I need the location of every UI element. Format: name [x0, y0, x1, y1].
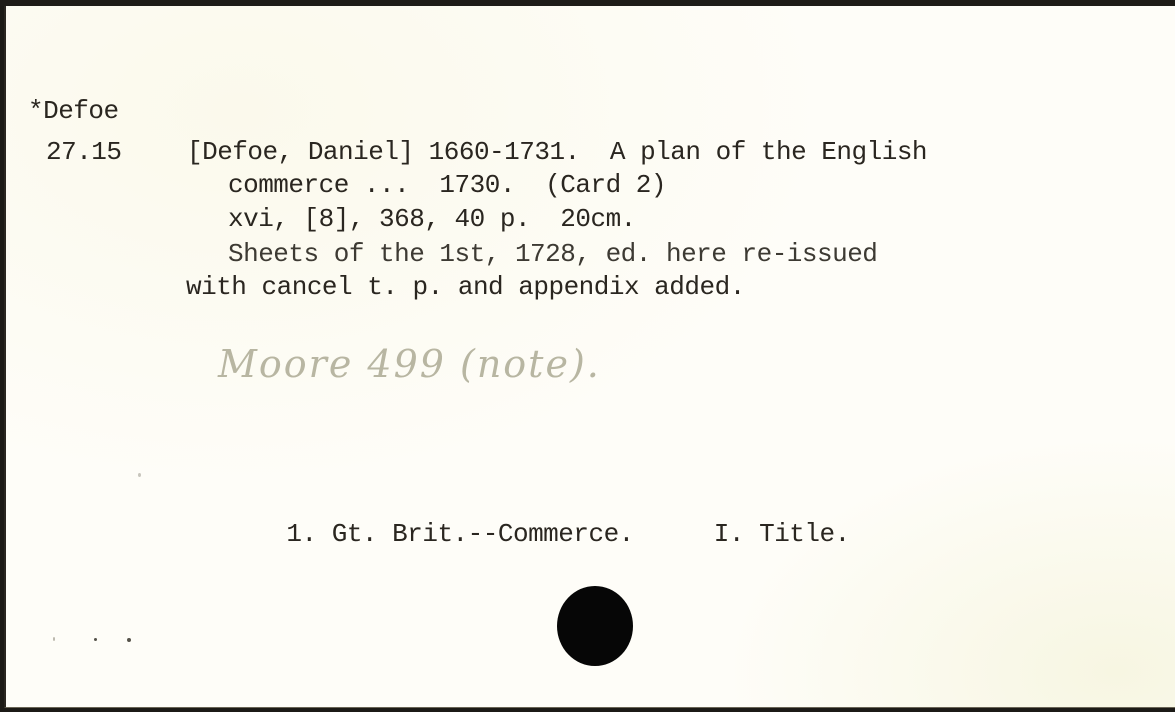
title-continuation: commerce ... 1730. (Card 2)	[228, 170, 666, 200]
handwritten-reference-note: Moore 499 (note).	[218, 342, 601, 386]
ink-speck	[138, 473, 141, 477]
catalog-card: *Defoe 27.15 [Defoe, Daniel] 1660-1731. …	[4, 6, 1175, 708]
card-punch-hole	[557, 586, 633, 666]
title-tracing: I. Title.	[714, 519, 850, 549]
subject-tracing: 1. Gt. Brit.--Commerce.	[286, 519, 633, 549]
call-number-line-2: 27.15	[46, 137, 122, 167]
call-number-line-1: *Defoe	[28, 96, 119, 126]
ink-speck	[94, 638, 97, 641]
note-line-1: Sheets of the 1st, 1728, ed. here re-iss…	[228, 239, 877, 269]
ink-speck	[53, 637, 55, 641]
collation: xvi, [8], 368, 40 p. 20cm.	[228, 204, 636, 234]
ink-speck	[127, 638, 131, 642]
tracings: 1. Gt. Brit.--Commerce.I. Title.	[226, 489, 850, 579]
note-line-2: with cancel t. p. and appendix added.	[186, 272, 745, 302]
main-entry-heading: [Defoe, Daniel] 1660-1731. A plan of the…	[187, 137, 927, 167]
